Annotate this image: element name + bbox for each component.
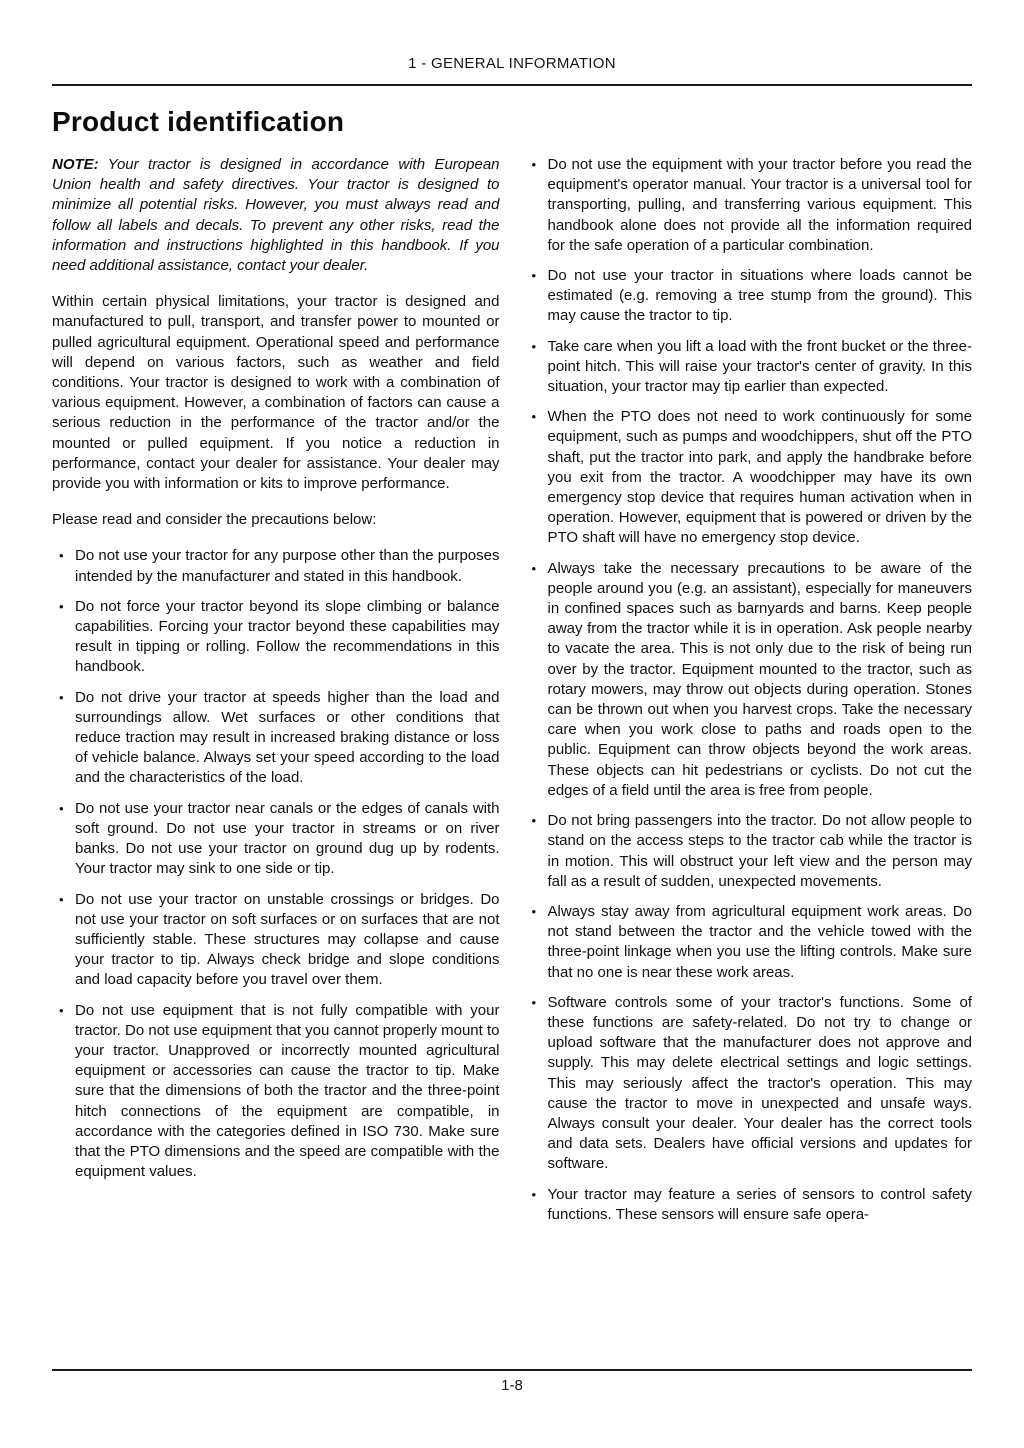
bullet-icon [532,337,537,357]
bullet-icon [532,266,537,286]
bullet-text: Always take the necessary precautions to… [548,560,973,799]
bullet-text: When the PTO does not need to work conti… [548,408,973,546]
bullet-text: Do not force your tractor beyond its slo… [75,598,500,676]
left-bullet-list: Do not use your tractor for any purpose … [52,546,500,1182]
bullet-text: Do not use your tractor on unstable cros… [75,891,500,989]
bullet-icon [59,688,64,708]
header-rule [52,84,972,86]
note-label: NOTE: [52,156,99,173]
bullet-text: Do not use your tractor for any purpose … [75,547,500,584]
bullet-text: Do not drive your tractor at speeds high… [75,689,500,787]
bullet-text: Do not use the equipment with your tract… [548,156,973,254]
bullet-icon [59,890,64,910]
note-text: Your tractor is designed in accordance w… [52,156,500,274]
bullet-text: Do not use your tractor near canals or t… [75,800,500,878]
list-item: Do not drive your tractor at speeds high… [52,688,500,789]
bullet-icon [532,559,537,579]
bullet-text: Software controls some of your tractor's… [548,994,973,1173]
left-column: NOTE: Your tractor is designed in accord… [52,155,500,1235]
page-number: 1-8 [501,1377,523,1394]
list-item: Do not use your tractor in situations wh… [525,266,973,327]
right-bullet-list: Do not use the equipment with your tract… [525,155,973,1225]
bullet-icon [532,407,537,427]
bullet-icon [59,799,64,819]
bullet-text: Do not use equipment that is not fully c… [75,1002,500,1181]
bullet-icon [532,1185,537,1205]
right-column: Do not use the equipment with your tract… [525,155,973,1235]
list-item: Your tractor may feature a series of sen… [525,1185,973,1225]
list-item: Do not force your tractor beyond its slo… [52,597,500,678]
chapter-header: 1 - GENERAL INFORMATION [52,0,972,72]
bullet-icon [532,155,537,175]
list-item: Always stay away from agricultural equip… [525,902,973,983]
list-item: Do not use equipment that is not fully c… [52,1001,500,1183]
bullet-text: Your tractor may feature a series of sen… [548,1186,973,1223]
list-item: Do not use the equipment with your tract… [525,155,973,256]
bullet-text: Do not use your tractor in situations wh… [548,267,973,324]
bullet-icon [59,597,64,617]
list-item: Take care when you lift a load with the … [525,337,973,398]
two-column-body: NOTE: Your tractor is designed in accord… [52,155,972,1235]
page-footer: 1-8 [52,1369,972,1394]
list-item: Do not use your tractor on unstable cros… [52,890,500,991]
bullet-icon [59,546,64,566]
precautions-lead: Please read and consider the precautions… [52,510,500,530]
bullet-icon [532,993,537,1013]
note-paragraph: NOTE: Your tractor is designed in accord… [52,155,500,276]
bullet-text: Take care when you lift a load with the … [548,338,973,395]
bullet-icon [532,902,537,922]
manual-page: 1 - GENERAL INFORMATION Product identifi… [0,0,1024,1448]
bullet-text: Always stay away from agricultural equip… [548,903,973,981]
intro-paragraph: Within certain physical limitations, you… [52,292,500,494]
list-item: Always take the necessary precautions to… [525,559,973,801]
bullet-text: Do not bring passengers into the tractor… [548,812,973,890]
list-item: Do not use your tractor for any purpose … [52,546,500,586]
list-item: Do not bring passengers into the tractor… [525,811,973,892]
list-item: When the PTO does not need to work conti… [525,407,973,548]
bullet-icon [532,811,537,831]
page-title: Product identification [52,106,972,138]
list-item: Do not use your tractor near canals or t… [52,799,500,880]
bullet-icon [59,1001,64,1021]
list-item: Software controls some of your tractor's… [525,993,973,1175]
